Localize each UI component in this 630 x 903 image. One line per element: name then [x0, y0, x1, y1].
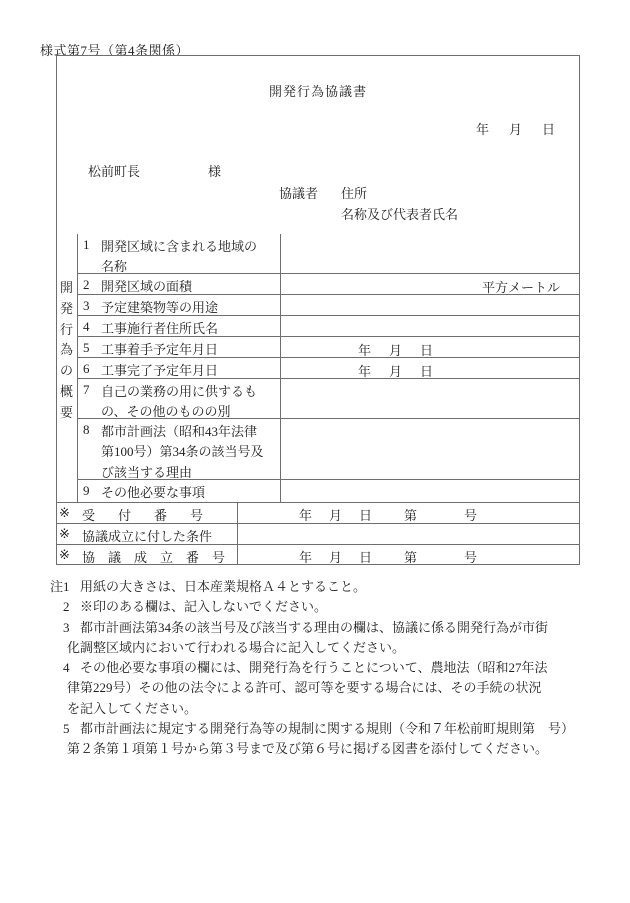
note-line: 化調整区域内において行われる場合に記入してください。	[50, 638, 606, 658]
office-row-label: 協議成立に付した条件	[82, 526, 212, 544]
office-row: ※ 協議成立に付した条件	[56, 524, 580, 545]
row-value-cell: 年 月 日	[281, 358, 580, 378]
table-row: 2 開発区域の面積 平方メートル	[78, 274, 580, 295]
row-value-cell	[281, 379, 580, 418]
honorific: 様	[208, 161, 221, 180]
table-row: 6 工事完了予定年月日 年 月 日	[78, 358, 580, 379]
row-label: 開発区域の面積	[101, 277, 192, 294]
office-row: ※ 受 付 番 号 年 月 日 第 号	[56, 503, 580, 524]
row-label-cell: 7 自己の業務の用に供するも の、その他のものの別	[78, 379, 281, 418]
row-label-cell: 1 開発区域に含まれる地域の 名称	[78, 234, 281, 273]
note-text: 都市計画法第34条の該当号及び該当する理由の欄は、協議に係る開発行為が市街	[80, 618, 606, 638]
row-label: 工事着手予定年月日	[101, 340, 218, 357]
addressee: 松前町長	[88, 161, 140, 180]
row-value-cell: 平方メートル	[281, 274, 580, 294]
note-line: 注1 用紙の大きさは、日本産業規格Ａ４とすること。	[50, 577, 606, 597]
row-number: 2	[83, 277, 101, 294]
note-line: 4 その他必要な事項の欄には、開発行為を行うことについて、農地法（昭和27年法	[50, 658, 606, 678]
row-value-cell: 年 月 日	[281, 337, 580, 357]
row-label-cell: 4 工事施行者住所氏名	[78, 316, 281, 336]
row-label-cell: 6 工事完了予定年月日	[78, 358, 281, 378]
row-label-line: 自己の業務の用に供するも	[101, 382, 257, 402]
row-number: 7	[83, 382, 101, 418]
row-label: その他必要な事項	[101, 483, 205, 502]
row-label-line: 開発区域に含まれる地域の	[101, 237, 257, 257]
note-line: を記入してください。	[50, 699, 606, 719]
addressee-row: 松前町長 様	[88, 161, 221, 180]
note-number: 5	[50, 719, 80, 739]
notes: 注1 用紙の大きさは、日本産業規格Ａ４とすること。 2 ※印のある欄は、記入しな…	[50, 577, 606, 760]
row-label: 工事施行者住所氏名	[101, 319, 218, 336]
office-row-label: 受 付 番 号	[82, 505, 208, 523]
row-label-line: 第100号）第34条の該当号及	[101, 442, 264, 462]
document-title: 開発行為協議書	[57, 81, 579, 100]
table-side-header: 開発行為の概要	[56, 278, 77, 424]
row-label-line: その他必要な事項	[101, 483, 205, 503]
office-row-label-cell: ※ 協 議 成 立 番 号	[56, 545, 238, 565]
office-use-mark: ※	[59, 526, 82, 544]
note-number: 注1	[50, 577, 80, 597]
row-number: 6	[83, 361, 101, 378]
row-value-cell	[281, 295, 580, 315]
note-number: 2	[50, 597, 80, 617]
table-row: 1 開発区域に含まれる地域の 名称	[78, 234, 580, 274]
note-text: その他必要な事項の欄には、開発行為を行うことについて、農地法（昭和27年法	[80, 658, 606, 678]
row-number: 5	[83, 340, 101, 357]
note-line: 律第229号）その他の法令による許可、認可等を要する場合には、その手続の状況	[50, 678, 606, 698]
row-label-line: 都市計画法（昭和43年法律	[101, 422, 264, 442]
office-row-label-cell: ※ 協議成立に付した条件	[56, 524, 238, 544]
representative-name-label: 名称及び代表者氏名	[341, 204, 458, 223]
office-row-value-cell	[238, 524, 580, 544]
row-value-cell	[281, 480, 580, 502]
note-number: 3	[50, 618, 80, 638]
table-row: 8 都市計画法（昭和43年法律 第100号）第34条の該当号及 び該当する理由	[78, 419, 580, 480]
note-text: を記入してください。	[67, 699, 606, 719]
table-row: 3 予定建築物等の用途	[78, 295, 580, 316]
office-use-mark: ※	[59, 505, 82, 523]
row-value-cell	[281, 234, 580, 273]
summary-table: 1 開発区域に含まれる地域の 名称 2 開発区域の面積 平方メートル 3 予	[77, 234, 580, 502]
note-text: 都市計画法に規定する開発行為等の規制に関する規則（令和７年松前町規則第 号）	[80, 719, 606, 739]
consultee-label: 協議者	[279, 183, 318, 202]
row-label: 都市計画法（昭和43年法律 第100号）第34条の該当号及 び該当する理由	[101, 422, 264, 479]
note-line: 5 都市計画法に規定する開発行為等の規制に関する規則（令和７年松前町規則第 号）	[50, 719, 606, 739]
office-row-label-cell: ※ 受 付 番 号	[56, 503, 238, 523]
row-label-cell: 3 予定建築物等の用途	[78, 295, 281, 315]
row-value-cell	[281, 419, 580, 479]
office-row-value-cell: 年 月 日 第 号	[238, 545, 580, 565]
note-text: 用紙の大きさは、日本産業規格Ａ４とすること。	[80, 577, 606, 597]
row-label-cell: 8 都市計画法（昭和43年法律 第100号）第34条の該当号及 び該当する理由	[78, 419, 281, 479]
row-label-cell: 5 工事着手予定年月日	[78, 337, 281, 357]
date-line: 年 月 日	[476, 119, 559, 138]
address-label: 住所	[341, 183, 367, 202]
note-number: 4	[50, 658, 80, 678]
row-label-cell: 2 開発区域の面積	[78, 274, 281, 294]
table-row: 7 自己の業務の用に供するも の、その他のものの別	[78, 379, 580, 419]
row-label: 工事完了予定年月日	[101, 361, 218, 378]
note-line: 3 都市計画法第34条の該当号及び該当する理由の欄は、協議に係る開発行為が市街	[50, 618, 606, 638]
row-number: 9	[83, 483, 101, 502]
office-use-table: ※ 受 付 番 号 年 月 日 第 号 ※ 協議成立に付した条件 ※ 協 議 成…	[56, 502, 580, 565]
note-text: ※印のある欄は、記入しないでください。	[80, 597, 606, 617]
row-value-cell	[281, 316, 580, 336]
row-label: 予定建築物等の用途	[101, 298, 218, 315]
table-row: 5 工事着手予定年月日 年 月 日	[78, 337, 580, 358]
row-label: 自己の業務の用に供するも の、その他のものの別	[101, 382, 257, 418]
table-row: 4 工事施行者住所氏名	[78, 316, 580, 337]
row-label-cell: 9 その他必要な事項	[78, 480, 281, 502]
office-use-mark: ※	[59, 547, 82, 565]
note-text: 律第229号）その他の法令による許可、認可等を要する場合には、その手続の状況	[67, 678, 606, 698]
table-row: 9 その他必要な事項	[78, 480, 580, 502]
row-number: 8	[83, 422, 101, 479]
row-label: 開発区域に含まれる地域の 名称	[101, 237, 257, 273]
note-text: 化調整区域内において行われる場合に記入してください。	[67, 638, 606, 658]
row-number: 4	[83, 319, 101, 336]
office-row-label: 協 議 成 立 番 号	[82, 547, 225, 565]
office-row-value-cell: 年 月 日 第 号	[238, 503, 580, 523]
note-line: 2 ※印のある欄は、記入しないでください。	[50, 597, 606, 617]
office-row: ※ 協 議 成 立 番 号 年 月 日 第 号	[56, 545, 580, 565]
note-line: 第２条第１項第１号から第３号まで及び第６号に掲げる図書を添付してください。	[50, 739, 606, 759]
row-number: 1	[83, 237, 101, 273]
row-number: 3	[83, 298, 101, 315]
note-text: 第２条第１項第１号から第３号まで及び第６号に掲げる図書を添付してください。	[67, 739, 606, 759]
form-page: 様式第7号（第4条関係） 開発行為協議書 年 月 日 松前町長 様 協議者 住所…	[0, 0, 630, 903]
